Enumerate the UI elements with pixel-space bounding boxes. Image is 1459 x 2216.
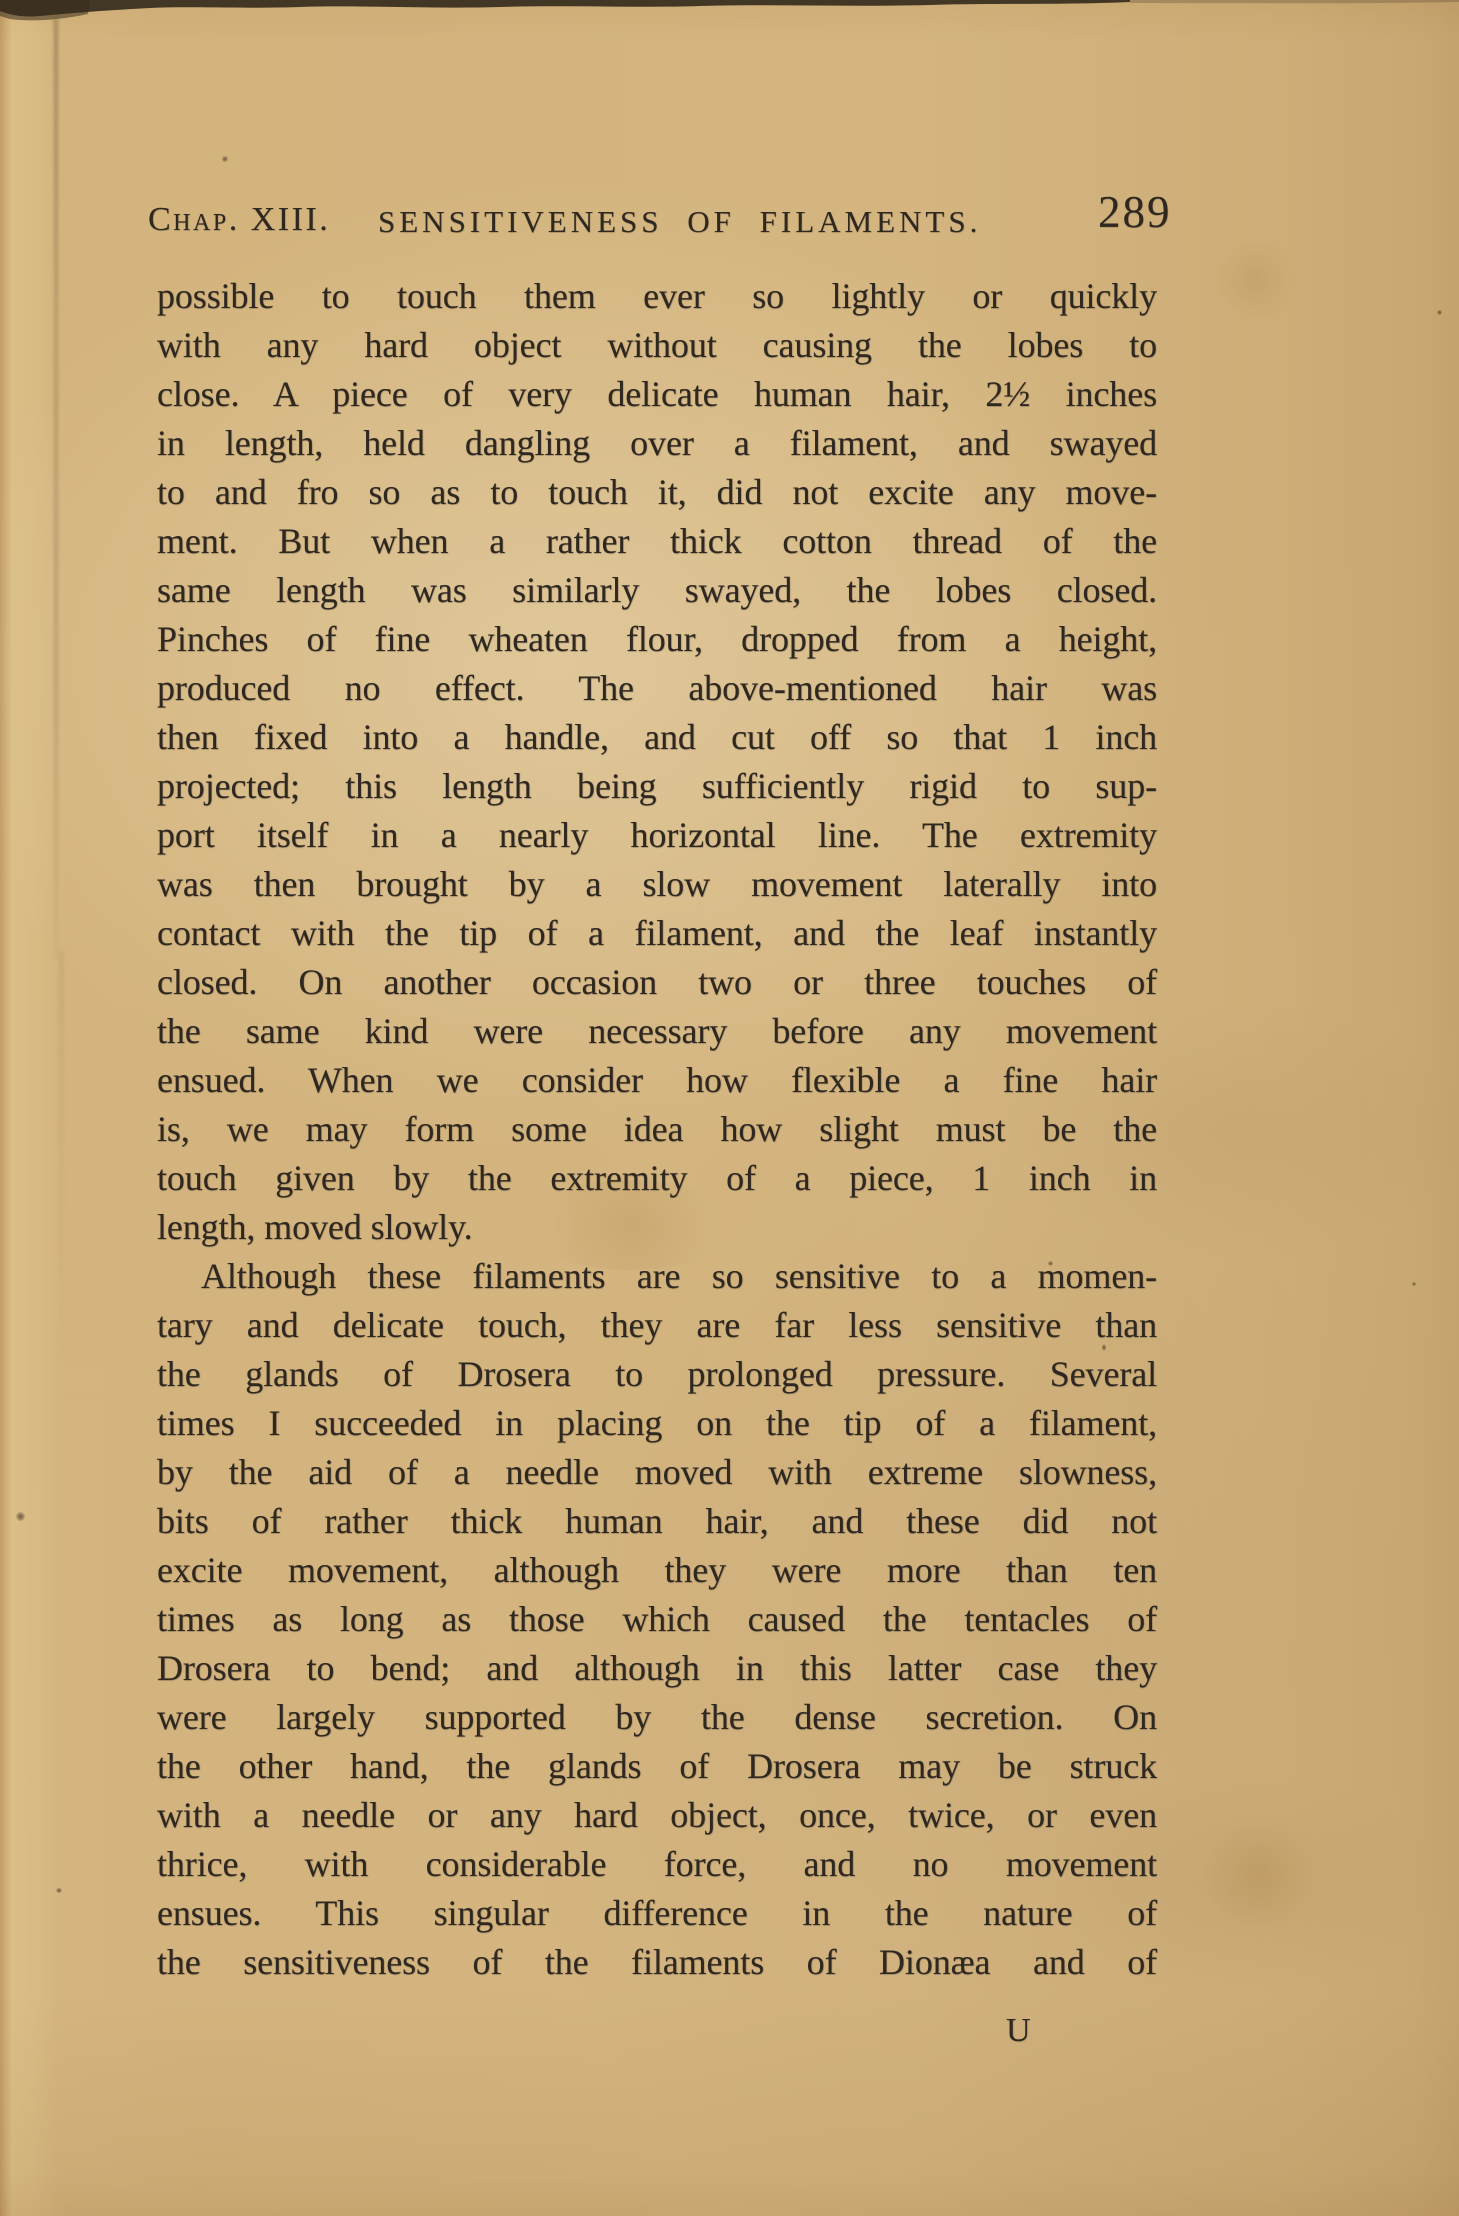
paper-speck <box>1437 310 1442 315</box>
text-line: thrice, with considerable force, and no … <box>157 1840 1157 1889</box>
page-number: 289 <box>1098 186 1172 238</box>
paper-speck <box>1412 1282 1416 1286</box>
text-line: bits of rather thick human hair, and the… <box>157 1497 1157 1546</box>
text-line: were largely supported by the dense secr… <box>157 1693 1157 1742</box>
text-line: close. A piece of very delicate human ha… <box>157 370 1157 419</box>
printer-signature-mark: U <box>1006 2012 1031 2050</box>
text-line: in length, held dangling over a filament… <box>157 419 1157 468</box>
body-text: possible to touch them ever so lightly o… <box>157 272 1157 1987</box>
running-title: SENSITIVENESS OF FILAMENTS. <box>378 204 981 240</box>
torn-page-top-edge <box>0 0 1459 30</box>
text-line: excite movement, although they were more… <box>157 1546 1157 1595</box>
text-line: possible to touch them ever so lightly o… <box>157 272 1157 321</box>
foxing-stain <box>1200 1820 1320 1930</box>
text-line: the other hand, the glands of Drosera ma… <box>157 1742 1157 1791</box>
text-line: Although these filaments are so sensitiv… <box>157 1252 1157 1301</box>
text-line: the same kind were necessary before any … <box>157 1007 1157 1056</box>
text-line: produced no effect. The above-mentioned … <box>157 664 1157 713</box>
chapter-label: Chap. XIII. <box>148 201 330 239</box>
text-line: ensued. When we consider how flexible a … <box>157 1056 1157 1105</box>
text-line: Drosera to bend; and although in this la… <box>157 1644 1157 1693</box>
binding-crease-lower <box>60 950 63 1370</box>
paper-speck <box>56 1888 62 1893</box>
text-line: tary and delicate touch, they are far le… <box>157 1301 1157 1350</box>
text-line: touch given by the extremity of a piece,… <box>157 1154 1157 1203</box>
text-line: is, we may form some idea how slight mus… <box>157 1105 1157 1154</box>
text-line: then fixed into a handle, and cut off so… <box>157 713 1157 762</box>
text-line: contact with the tip of a filament, and … <box>157 909 1157 958</box>
binding-crease <box>54 18 58 958</box>
text-line: ment. But when a rather thick cotton thr… <box>157 517 1157 566</box>
text-line: same length was similarly swayed, the lo… <box>157 566 1157 615</box>
paragraph: Although these filaments are so sensitiv… <box>157 1252 1157 1987</box>
text-line: the sensitiveness of the filaments of Di… <box>157 1938 1157 1987</box>
text-line: ensues. This singular difference in the … <box>157 1889 1157 1938</box>
text-line: times as long as those which caused the … <box>157 1595 1157 1644</box>
paragraph: possible to touch them ever so lightly o… <box>157 272 1157 1252</box>
text-line: Pinches of fine wheaten flour, dropped f… <box>157 615 1157 664</box>
text-line: by the aid of a needle moved with extrem… <box>157 1448 1157 1497</box>
book-page-scan: { "colors": { "paper": "#e8d6b3", "ink":… <box>0 0 1459 2216</box>
text-line: length, moved slowly. <box>157 1203 1157 1252</box>
text-line: projected; this length being sufficientl… <box>157 762 1157 811</box>
foxing-stain <box>1210 240 1300 320</box>
text-line: the glands of Drosera to prolonged press… <box>157 1350 1157 1399</box>
text-line: times I succeeded in placing on the tip … <box>157 1399 1157 1448</box>
paper-speck <box>222 156 228 162</box>
text-line: closed. On another occasion two or three… <box>157 958 1157 1007</box>
text-line: with a needle or any hard object, once, … <box>157 1791 1157 1840</box>
paper-speck <box>16 1512 25 1521</box>
text-line: was then brought by a slow movement late… <box>157 860 1157 909</box>
text-line: with any hard object without causing the… <box>157 321 1157 370</box>
text-line: to and fro so as to touch it, did not ex… <box>157 468 1157 517</box>
text-line: port itself in a nearly horizontal line.… <box>157 811 1157 860</box>
